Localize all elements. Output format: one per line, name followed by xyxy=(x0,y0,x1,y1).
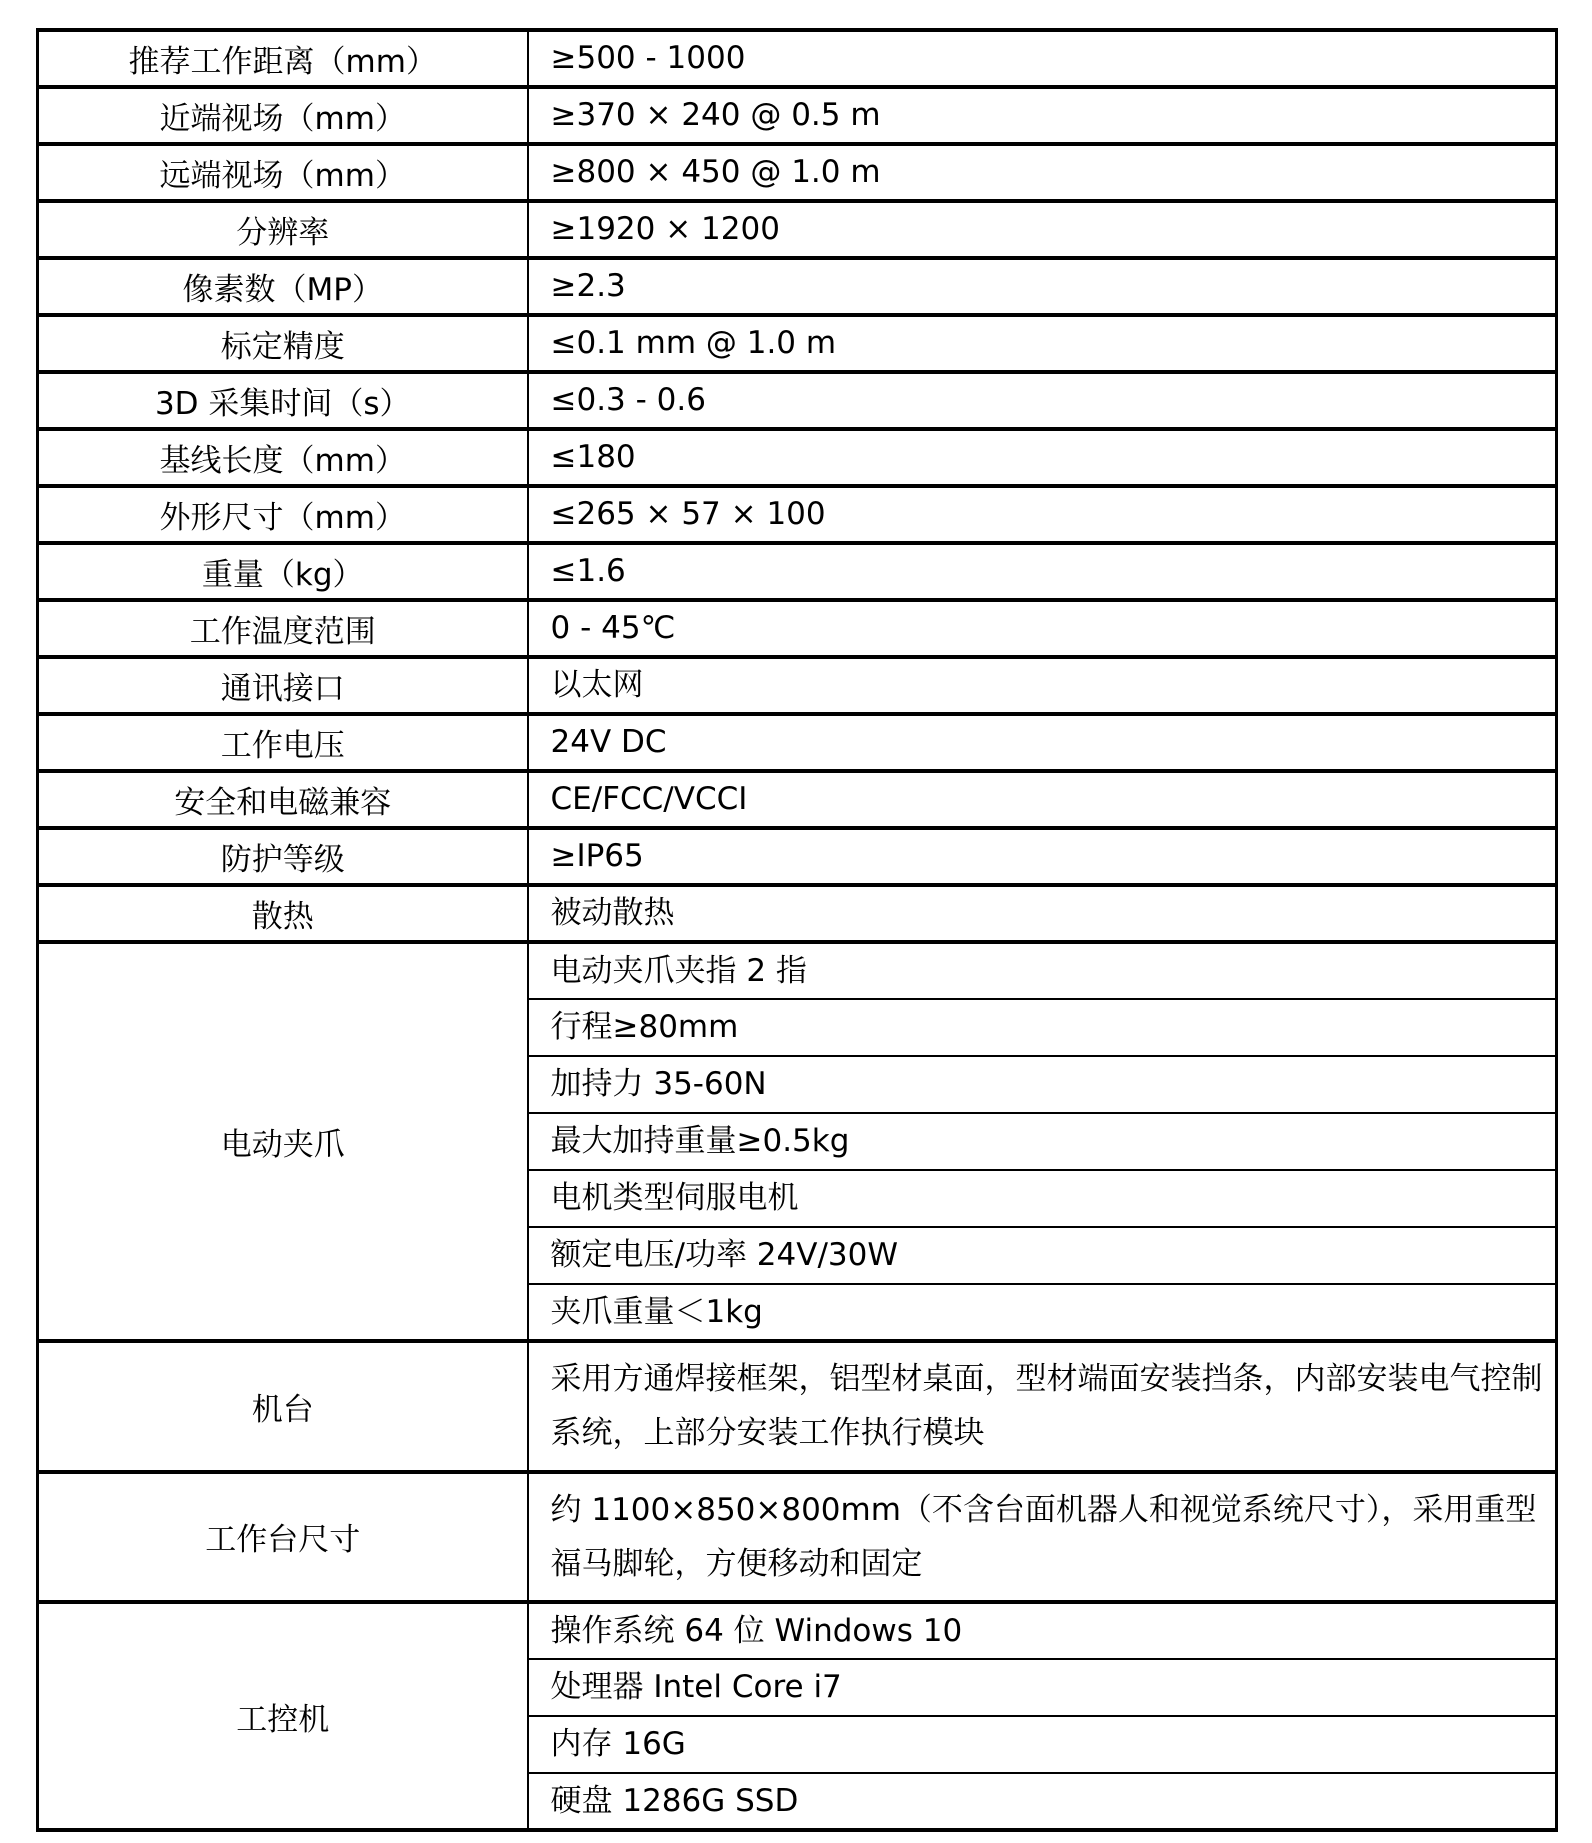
spec-table: 推荐工作距离（mm）≥500 - 1000近端视场（mm）≥370 × 240 … xyxy=(36,28,1558,1832)
spec-value: 24V DC xyxy=(528,714,1557,771)
spec-value: 被动散热 xyxy=(528,885,1557,942)
table-row: 工控机操作系统 64 位 Windows 10 xyxy=(38,1602,1557,1659)
spec-label: 远端视场（mm） xyxy=(38,144,528,201)
spec-label: 标定精度 xyxy=(38,315,528,372)
table-row: 3D 采集时间（s）≤0.3 - 0.6 xyxy=(38,372,1557,429)
spec-value: ≥500 - 1000 xyxy=(528,30,1557,87)
table-row: 散热被动散热 xyxy=(38,885,1557,942)
table-row: 机台采用方通焊接框架，铝型材桌面，型材端面安装挡条，内部安装电气控制系统，上部分… xyxy=(38,1341,1557,1472)
spec-label: 基线长度（mm） xyxy=(38,429,528,486)
spec-label: 工作台尺寸 xyxy=(38,1472,528,1603)
table-row: 工作温度范围0 - 45℃ xyxy=(38,600,1557,657)
spec-label: 3D 采集时间（s） xyxy=(38,372,528,429)
spec-label: 工作温度范围 xyxy=(38,600,528,657)
spec-value: ≥800 × 450 @ 1.0 m xyxy=(528,144,1557,201)
spec-value: 额定电压/功率 24V/30W xyxy=(528,1227,1557,1284)
spec-value: 夹爪重量＜1kg xyxy=(528,1284,1557,1341)
spec-value: 处理器 Intel Core i7 xyxy=(528,1659,1557,1716)
spec-label: 工控机 xyxy=(38,1602,528,1830)
spec-value: 0 - 45℃ xyxy=(528,600,1557,657)
table-row: 远端视场（mm）≥800 × 450 @ 1.0 m xyxy=(38,144,1557,201)
spec-label: 外形尺寸（mm） xyxy=(38,486,528,543)
spec-value: 采用方通焊接框架，铝型材桌面，型材端面安装挡条，内部安装电气控制系统，上部分安装… xyxy=(528,1341,1557,1472)
spec-value: 加持力 35-60N xyxy=(528,1056,1557,1113)
table-row: 推荐工作距离（mm）≥500 - 1000 xyxy=(38,30,1557,87)
spec-value: ≥1920 × 1200 xyxy=(528,201,1557,258)
spec-value: 电机类型伺服电机 xyxy=(528,1170,1557,1227)
spec-value: 以太网 xyxy=(528,657,1557,714)
table-row: 通讯接口以太网 xyxy=(38,657,1557,714)
spec-value: ≤0.1 mm @ 1.0 m xyxy=(528,315,1557,372)
spec-value: ≥IP65 xyxy=(528,828,1557,885)
spec-label: 近端视场（mm） xyxy=(38,87,528,144)
document-page: 推荐工作距离（mm）≥500 - 1000近端视场（mm）≥370 × 240 … xyxy=(0,0,1592,1843)
spec-value: 内存 16G xyxy=(528,1716,1557,1773)
spec-label: 防护等级 xyxy=(38,828,528,885)
spec-label: 像素数（MP） xyxy=(38,258,528,315)
spec-label: 散热 xyxy=(38,885,528,942)
spec-value: ≥2.3 xyxy=(528,258,1557,315)
spec-value: ≥370 × 240 @ 0.5 m xyxy=(528,87,1557,144)
table-row: 重量（kg）≤1.6 xyxy=(38,543,1557,600)
table-row: 外形尺寸（mm）≤265 × 57 × 100 xyxy=(38,486,1557,543)
table-row: 标定精度≤0.1 mm @ 1.0 m xyxy=(38,315,1557,372)
spec-value: 约 1100×850×800mm（不含台面机器人和视觉系统尺寸），采用重型福马脚… xyxy=(528,1472,1557,1603)
spec-label: 推荐工作距离（mm） xyxy=(38,30,528,87)
table-row: 像素数（MP）≥2.3 xyxy=(38,258,1557,315)
spec-label: 电动夹爪 xyxy=(38,942,528,1341)
spec-label: 通讯接口 xyxy=(38,657,528,714)
spec-value: 行程≥80mm xyxy=(528,999,1557,1056)
table-row: 工作台尺寸约 1100×850×800mm（不含台面机器人和视觉系统尺寸），采用… xyxy=(38,1472,1557,1603)
table-row: 电动夹爪电动夹爪夹指 2 指 xyxy=(38,942,1557,999)
spec-value: 最大加持重量≥0.5kg xyxy=(528,1113,1557,1170)
table-row: 近端视场（mm）≥370 × 240 @ 0.5 m xyxy=(38,87,1557,144)
spec-value: ≤1.6 xyxy=(528,543,1557,600)
spec-value: 硬盘 1286G SSD xyxy=(528,1773,1557,1830)
table-row: 安全和电磁兼容CE/FCC/VCCI xyxy=(38,771,1557,828)
spec-table-body: 推荐工作距离（mm）≥500 - 1000近端视场（mm）≥370 × 240 … xyxy=(38,30,1557,1830)
spec-label: 机台 xyxy=(38,1341,528,1472)
spec-value: ≤265 × 57 × 100 xyxy=(528,486,1557,543)
table-row: 防护等级≥IP65 xyxy=(38,828,1557,885)
table-row: 工作电压24V DC xyxy=(38,714,1557,771)
spec-value: ≤0.3 - 0.6 xyxy=(528,372,1557,429)
spec-value: 电动夹爪夹指 2 指 xyxy=(528,942,1557,999)
table-row: 分辨率≥1920 × 1200 xyxy=(38,201,1557,258)
table-row: 基线长度（mm）≤180 xyxy=(38,429,1557,486)
spec-label: 工作电压 xyxy=(38,714,528,771)
spec-value: ≤180 xyxy=(528,429,1557,486)
spec-label: 重量（kg） xyxy=(38,543,528,600)
spec-label: 分辨率 xyxy=(38,201,528,258)
spec-label: 安全和电磁兼容 xyxy=(38,771,528,828)
spec-value: CE/FCC/VCCI xyxy=(528,771,1557,828)
spec-value: 操作系统 64 位 Windows 10 xyxy=(528,1602,1557,1659)
